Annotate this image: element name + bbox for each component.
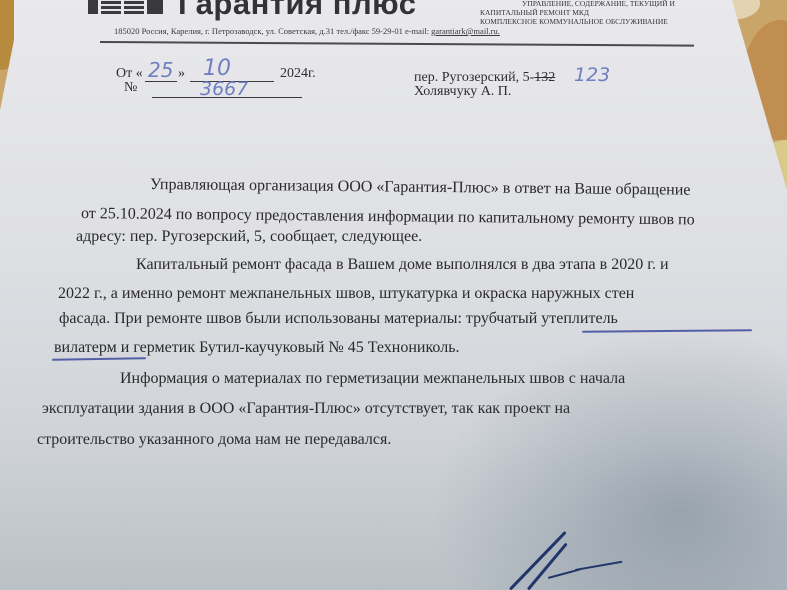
paragraph-3-line-3: строительство указанного дома нам не пер… xyxy=(37,431,391,449)
paragraph-2-line-2: 2022 г., а именно ремонт межпанельных шв… xyxy=(58,285,634,303)
recipient-name: Холявчуку А. П. xyxy=(414,84,511,100)
paragraph-3-line-1: Информация о материалах по герметизации … xyxy=(120,370,625,388)
struck-apartment-number: 132 xyxy=(534,70,555,85)
services-line: комплексное коммунальное обслуживание xyxy=(480,17,675,26)
paragraph-2-line-4: вилатерм и герметик Бутил-каучуковый № 4… xyxy=(54,339,459,357)
paragraph-2-line-3: фасада. При ремонте швов были использова… xyxy=(59,310,618,328)
book-logo-icon xyxy=(88,0,166,14)
company-services: Управление, содержание, текущий и капита… xyxy=(480,0,675,26)
year-text: 2024г. xyxy=(280,66,316,82)
paragraph-2-line-1: Капитальный ремонт фасада в Вашем доме в… xyxy=(136,256,669,274)
company-brand-name: Гарантия плюс xyxy=(178,0,416,22)
company-address: 185020 Россия, Карелия, г. Петрозаводск,… xyxy=(114,26,500,36)
number-label: № xyxy=(124,80,137,96)
services-line: Управление, содержание, текущий и xyxy=(522,0,675,8)
company-email: garantiark@mail.ru. xyxy=(431,26,500,36)
quote-close: » xyxy=(178,66,185,82)
services-line: капитальный ремонт МКД xyxy=(480,8,675,17)
handwritten-day: 25 xyxy=(148,58,173,82)
paragraph-3-line-2: эксплуатации здания в ООО «Гарантия-Плюс… xyxy=(42,400,570,418)
handwritten-apartment-number: 123 xyxy=(574,64,610,86)
handwritten-number: 3667 xyxy=(200,78,248,100)
recipient-street: пер. Ругозерский, 5- xyxy=(414,70,534,85)
address-text: 185020 Россия, Карелия, г. Петрозаводск,… xyxy=(114,26,429,36)
paragraph-1-line-3: адресу: пер. Ругозерский, 5, сообщает, с… xyxy=(76,228,422,246)
